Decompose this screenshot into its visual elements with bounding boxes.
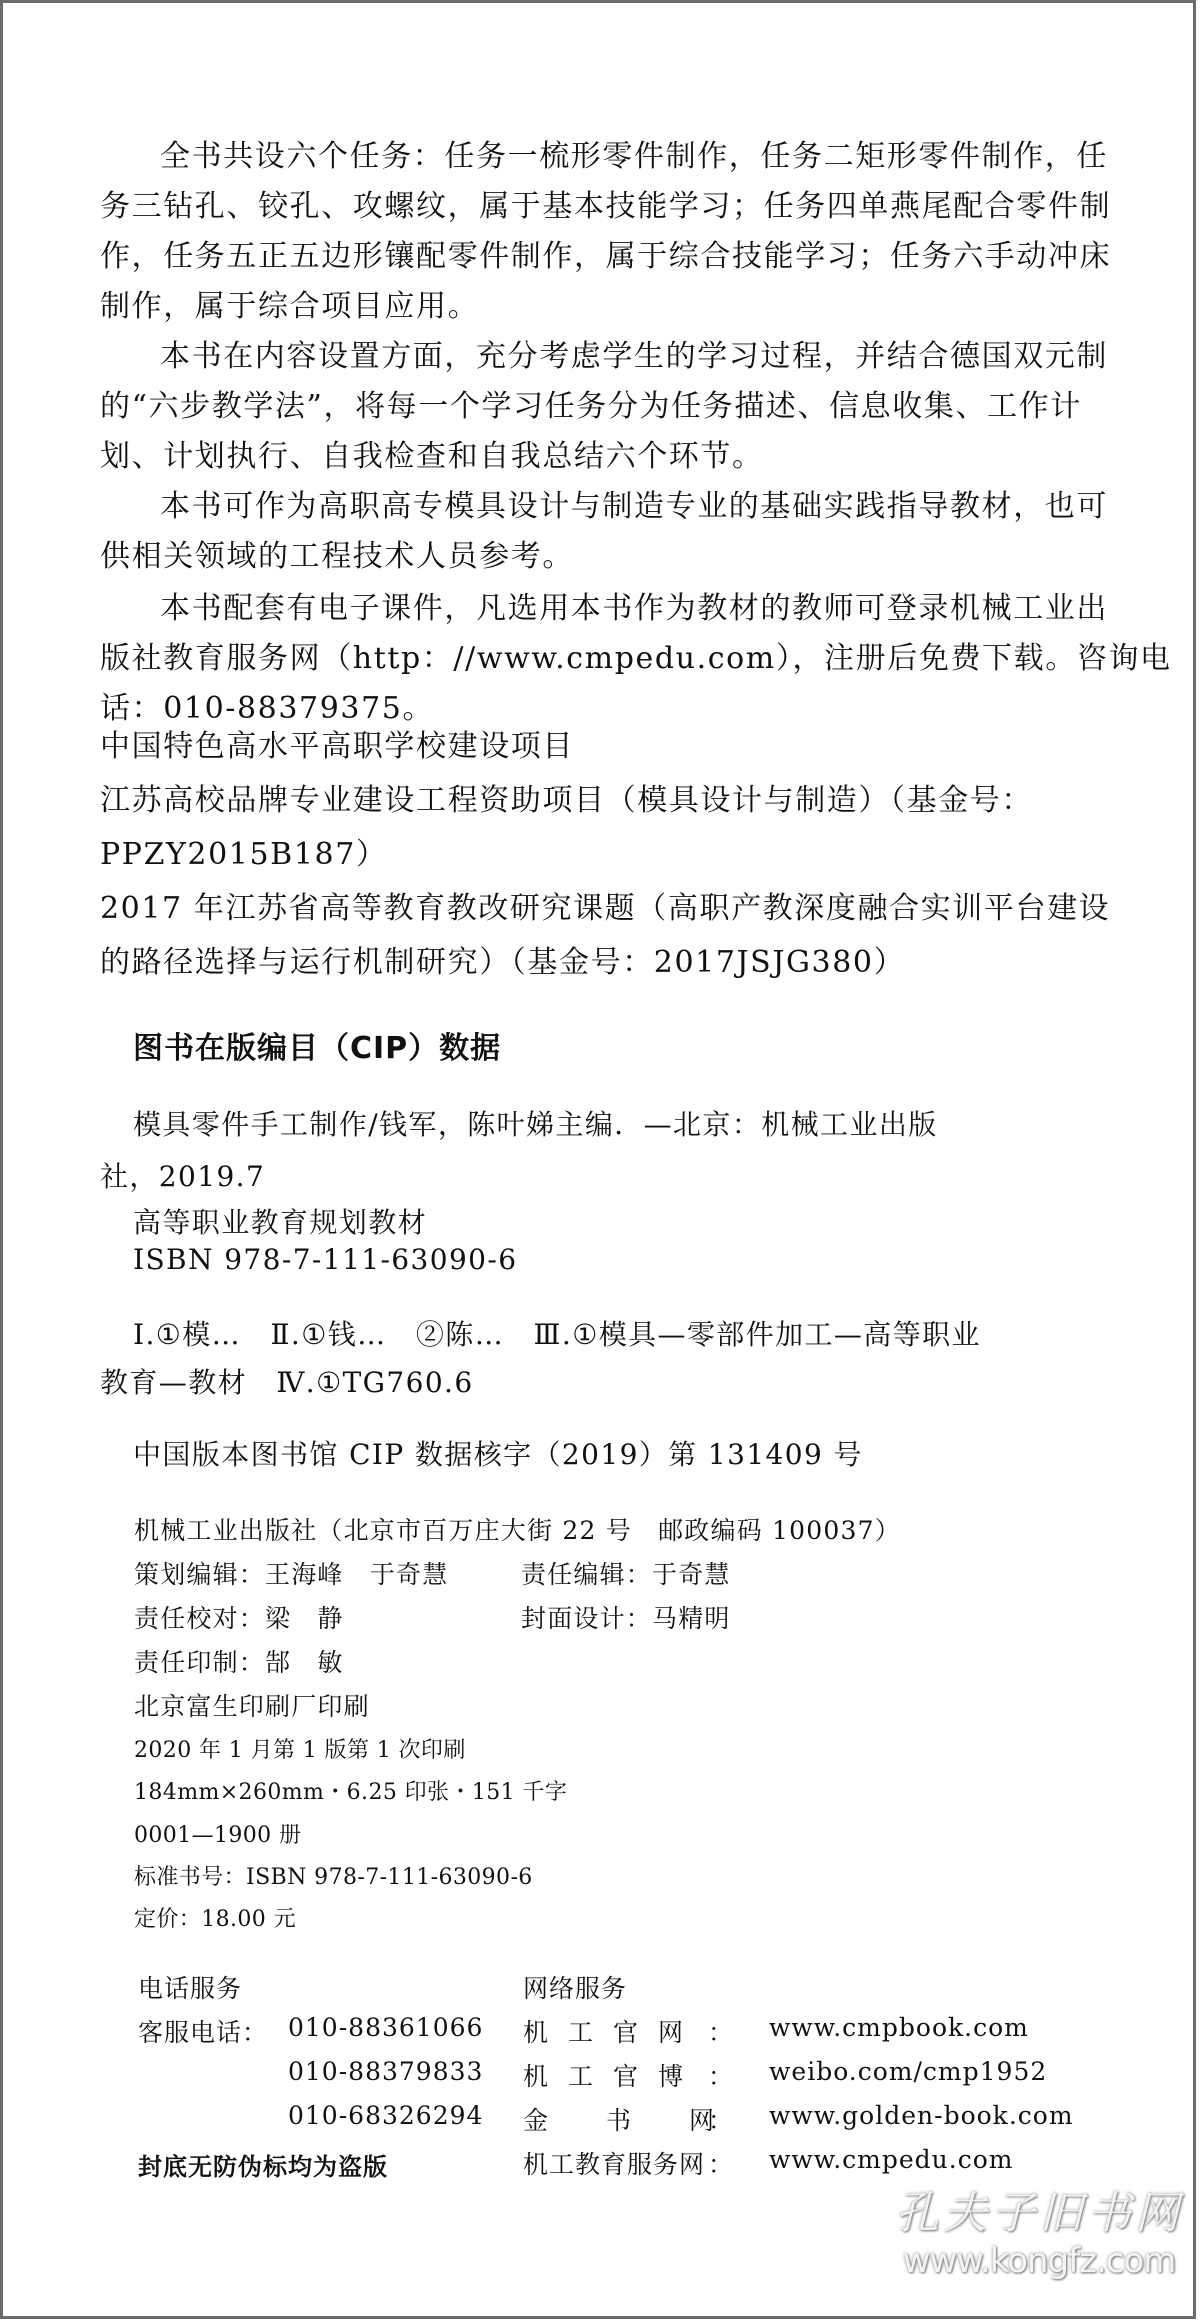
web-service-heading: 网络服务 — [523, 1969, 627, 2005]
edition-line: 2020 年 1 月第 1 版第 1 次印刷 — [134, 1733, 466, 1764]
responsible-editor-line: 责任编辑：于奇慧 — [521, 1555, 731, 1591]
phone-service-heading: 电话服务 — [138, 1969, 242, 2005]
funding-line: 的路径选择与运行机制研究）（基金号：2017JSJG380） — [100, 937, 905, 981]
publisher-line: 机械工业出版社（北京市百万庄大街 22 号 邮政编码 100037） — [134, 1511, 901, 1547]
cover-design-label: 封面设计： — [521, 1604, 652, 1633]
watermark: 孔夫子旧书网 www.kongfz.com — [895, 2177, 1183, 2281]
watermark-url: www.kongfz.com — [895, 2241, 1183, 2281]
paragraph-line: 供相关领域的工程技术人员参考。 — [100, 531, 574, 575]
web-label: 机工官网 — [523, 2013, 703, 2049]
colon: ： — [708, 2013, 734, 2049]
planning-editor-line: 策划编辑：王海峰 于奇慧 — [134, 1555, 448, 1591]
cip-line: 中国版本图书馆 CIP 数据核字（2019）第 131409 号 — [133, 1433, 863, 1473]
planning-editors: 王海峰 于奇慧 — [265, 1560, 448, 1589]
price-line: 定价：18.00 元 — [134, 1902, 296, 1933]
web-url[interactable]: weibo.com/cmp1952 — [769, 2057, 1047, 2086]
cover-design-line: 封面设计：马精明 — [521, 1599, 731, 1635]
paragraph-line: 的“六步教学法”，将每一个学习任务分为任务描述、信息收集、工作计 — [100, 381, 1082, 425]
phone-number: 010-88379833 — [288, 2057, 483, 2086]
funding-line: 江苏高校品牌专业建设工程资助项目（模具设计与制造）（基金号： — [100, 775, 1033, 819]
phone-label: 客服电话： — [138, 2013, 268, 2049]
web-label: 机工官博 — [523, 2057, 703, 2093]
printing-manager: 郜 敏 — [265, 1648, 344, 1677]
web-url[interactable]: www.cmpbook.com — [769, 2013, 1029, 2042]
proofreader: 梁 静 — [265, 1604, 344, 1633]
format-line: 184mm×260mm・6.25 印张・151 千字 — [134, 1775, 567, 1806]
funding-line: 中国特色高水平高职学校建设项目 — [100, 721, 574, 765]
colon: ： — [708, 2145, 734, 2181]
proofreader-label: 责任校对： — [134, 1604, 265, 1633]
book-copyright-page: 全书共设六个任务：任务一梳形零件制作，任务二矩形零件制作，任 务三钻孔、铰孔、攻… — [0, 0, 1196, 2319]
cover-designer: 马精明 — [652, 1604, 731, 1633]
paragraph-line: 本书可作为高职高专模具设计与制造专业的基础实践指导教材，也可 — [160, 481, 1108, 525]
cip-line: ISBN 978-7-111-63090-6 — [133, 1243, 517, 1276]
printer-line: 北京富生印刷厂印刷 — [134, 1687, 370, 1723]
cip-heading: 图书在版编目（CIP）数据 — [133, 1023, 501, 1067]
printing-manager-line: 责任印制：郜 敏 — [134, 1643, 344, 1679]
cip-line: 教育—教材 Ⅳ.①TG760.6 — [100, 1361, 474, 1401]
cip-line: Ⅰ.①模… Ⅱ.①钱… ②陈… Ⅲ.①模具—零部件加工—高等职业 — [133, 1313, 981, 1353]
paragraph-line: 版社教育服务网（http：//www.cmpedu.com），注册后免费下载。咨… — [100, 633, 1172, 677]
paragraph-line: 制作，属于综合项目应用。 — [100, 281, 479, 325]
paragraph-line: 本书配套有电子课件，凡选用本书作为教材的教师可登录机械工业出 — [160, 583, 1108, 627]
cip-line: 模具零件手工制作/钱军，陈叶娣主编．—北京：机械工业出版 — [133, 1103, 938, 1143]
funding-line: PPZY2015B187） — [100, 829, 387, 873]
colon: ： — [708, 2057, 734, 2093]
web-label: 金书网 — [523, 2101, 772, 2137]
funding-line: 2017 年江苏省高等教育教改研究课题（高职产教深度融合实训平台建设 — [100, 883, 1110, 927]
responsible-editor: 于奇慧 — [652, 1560, 731, 1589]
paragraph-line: 务三钻孔、铰孔、攻螺纹，属于基本技能学习；任务四单燕尾配合零件制 — [100, 181, 1111, 225]
anti-piracy-notice: 封底无防伪标均为盗版 — [138, 2147, 388, 2182]
proofreader-line: 责任校对：梁 静 — [134, 1599, 344, 1635]
cip-line: 社，2019.7 — [100, 1155, 265, 1195]
paragraph-line: 本书在内容设置方面，充分考虑学生的学习过程，并结合德国双元制 — [160, 331, 1108, 375]
isbn-line: 标准书号：ISBN 978-7-111-63090-6 — [134, 1860, 533, 1891]
paragraph-line: 作，任务五正五边形镶配零件制作，属于综合技能学习；任务六手动冲床 — [100, 231, 1111, 275]
print-run-line: 0001—1900 册 — [134, 1818, 301, 1849]
cip-line: 高等职业教育规划教材 — [133, 1201, 427, 1241]
colon: ： — [708, 2101, 734, 2137]
phone-number: 010-88361066 — [288, 2013, 483, 2042]
responsible-editor-label: 责任编辑： — [521, 1560, 652, 1589]
planning-editor-label: 策划编辑： — [134, 1560, 265, 1589]
printing-manager-label: 责任印制： — [134, 1648, 265, 1677]
web-label: 机工教育服务网 — [523, 2145, 705, 2181]
web-url[interactable]: www.cmpedu.com — [769, 2145, 1014, 2174]
paragraph-line: 划、计划执行、自我检查和自我总结六个环节。 — [100, 431, 764, 475]
web-url[interactable]: www.golden-book.com — [769, 2101, 1074, 2130]
phone-number: 010-68326294 — [288, 2101, 483, 2130]
watermark-name: 孔夫子旧书网 — [895, 2177, 1183, 2241]
paragraph-line: 全书共设六个任务：任务一梳形零件制作，任务二矩形零件制作，任 — [160, 131, 1108, 175]
